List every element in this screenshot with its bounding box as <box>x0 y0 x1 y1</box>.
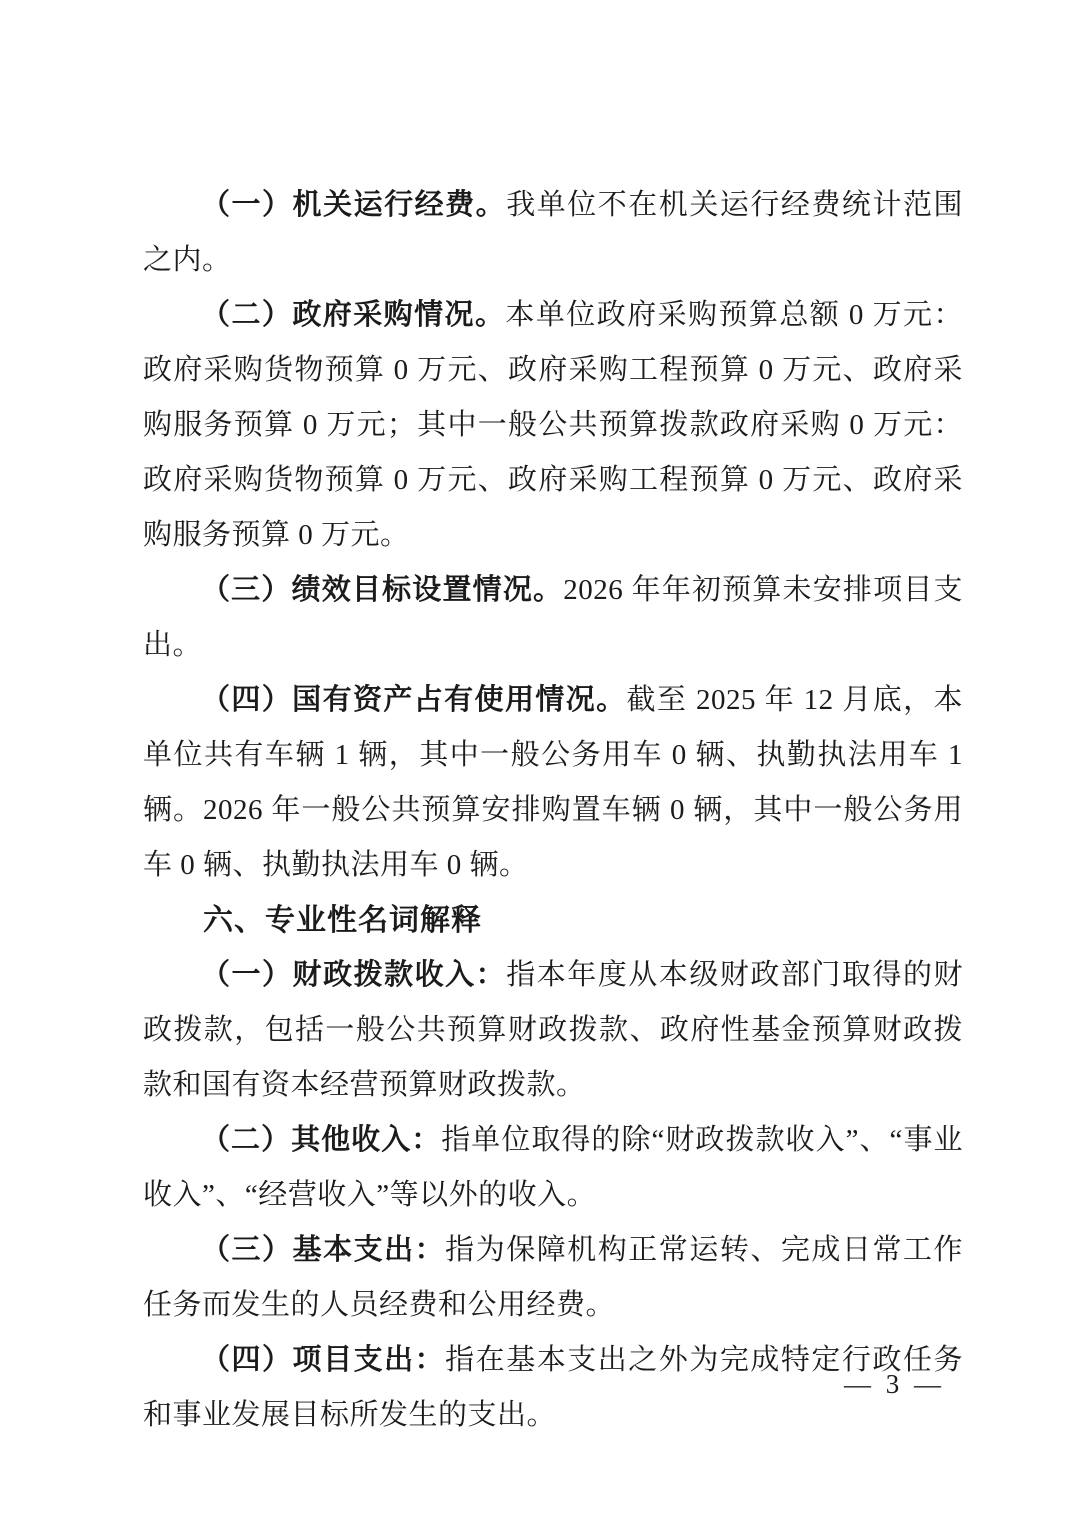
document-page: （一）机关运行经费。我单位不在机关运行经费统计范围之内。 （二）政府采购情况。本… <box>0 0 1074 1520</box>
paragraph-government-procurement: （二）政府采购情况。本单位政府采购预算总额 0 万元：政府采购货物预算 0 万元… <box>143 288 963 563</box>
paragraph-lead: （一）财政拨款收入： <box>201 959 506 991</box>
paragraph-lead: （四）国有资产占有使用情况。 <box>201 684 627 716</box>
paragraph-term-project-expenditure: （四）项目支出：指在基本支出之外为完成特定行政任务和事业发展目标所发生的支出。 <box>143 1333 963 1443</box>
paragraph-lead: （一）机关运行经费。 <box>201 189 506 221</box>
paragraph-state-assets: （四）国有资产占有使用情况。截至 2025 年 12 月底，本单位共有车辆 1 … <box>143 673 963 893</box>
paragraph-lead: （三）基本支出： <box>201 1234 445 1266</box>
document-body: （一）机关运行经费。我单位不在机关运行经费统计范围之内。 （二）政府采购情况。本… <box>143 178 963 1443</box>
paragraph-lead: （三）绩效目标设置情况。 <box>201 574 563 606</box>
paragraph-term-basic-expenditure: （三）基本支出：指为保障机构正常运转、完成日常工作任务而发生的人员经费和公用经费… <box>143 1223 963 1333</box>
paragraph-text: 本单位政府采购预算总额 0 万元：政府采购货物预算 0 万元、政府采购工程预算 … <box>143 299 963 551</box>
section-heading-terminology: 六、专业性名词解释 <box>143 893 963 948</box>
paragraph-term-other-income: （二）其他收入：指单位取得的除“财政拨款收入”、“事业收入”、“经营收入”等以外… <box>143 1113 963 1223</box>
paragraph-lead: （二）其他收入： <box>201 1124 441 1156</box>
paragraph-agency-operating-funds: （一）机关运行经费。我单位不在机关运行经费统计范围之内。 <box>143 178 963 288</box>
page-number: — 3 — <box>844 1368 945 1400</box>
paragraph-lead: （四）项目支出： <box>201 1344 445 1376</box>
paragraph-lead: （二）政府采购情况。 <box>201 299 505 331</box>
paragraph-term-fiscal-appropriation-income: （一）财政拨款收入：指本年度从本级财政部门取得的财政拨款，包括一般公共预算财政拨… <box>143 948 963 1113</box>
paragraph-performance-targets: （三）绩效目标设置情况。2026 年年初预算未安排项目支出。 <box>143 563 963 673</box>
